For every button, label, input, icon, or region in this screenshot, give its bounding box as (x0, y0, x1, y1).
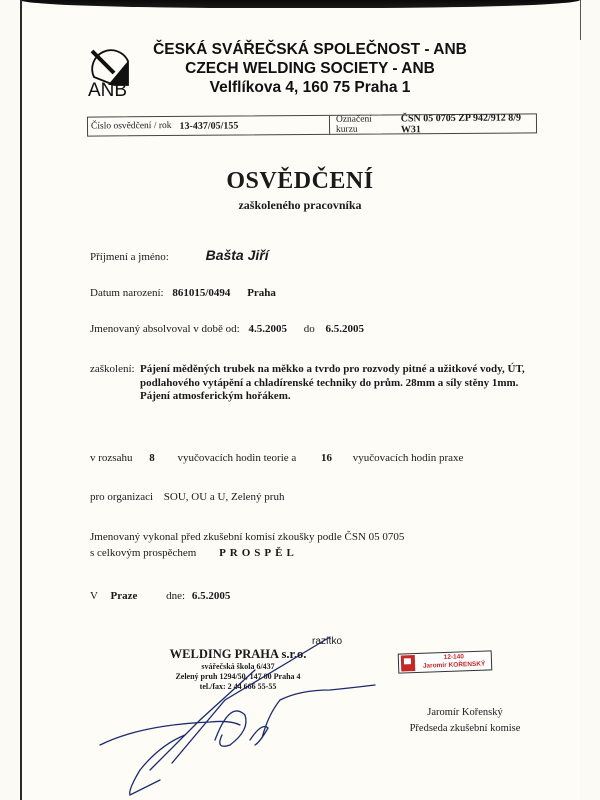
signatory-block: Jaromír Kořenský Předseda zkušební komis… (400, 705, 530, 737)
society-name-cz: ČESKÁ SVÁŘEČSKÁ SPOLEČNOST - ANB (140, 41, 480, 59)
stamp-phone: tel./fax: 2 44 666 55-55 (168, 682, 308, 692)
signatory-role: Předseda zkušební komise (400, 721, 530, 737)
result-label: s celkovým prospěchem (90, 547, 196, 559)
society-address: Velflíkova 4, 160 75 Praha 1 (140, 79, 480, 97)
certificate-number-box: Číslo osvědčení / rok 13-437/05/155 Ozna… (87, 113, 537, 136)
place-value: Praze (111, 590, 138, 602)
period-to-label: do (304, 323, 315, 335)
scope-label: v rozsahu (90, 452, 132, 464)
stamp-company: WELDING PRAHA s.r.o. (168, 647, 308, 662)
organization-label: pro organizaci (90, 491, 153, 503)
theory-hours: 8 (149, 452, 155, 464)
society-name-en: CZECH WELDING SOCIETY - ANB (140, 60, 480, 78)
certificate-number-cell: Číslo osvědčení / rok 13-437/05/155 (88, 116, 330, 136)
period-row: Jmenovaný absolvoval v době od: 4.5.2005… (90, 323, 364, 335)
scope-row: v rozsahu 8 vyučovacích hodin teorie a 1… (90, 452, 463, 464)
birth-row: Datum narození: 861015/0494 Praha (90, 287, 276, 299)
practice-hours: 16 (321, 452, 332, 464)
name-value: Bašta Jiří (206, 247, 269, 263)
organization-value: SOU, OU a U, Zelený pruh (164, 491, 285, 503)
result-value: PROSPĚL (219, 547, 298, 559)
training-label: zaškolení: (90, 363, 140, 404)
scan-edge-left (20, 0, 22, 800)
company-stamp: WELDING PRAHA s.r.o. svářečská škola 6/4… (168, 647, 308, 692)
stamp-address: Zelený pruh 1294/50, 147 00 Praha 4 (168, 672, 308, 682)
exam-text: Jmenovaný vykonal před zkušební komisí z… (90, 531, 404, 543)
certificate-number-label: Číslo osvědčení / rok (91, 121, 172, 132)
period-label: Jmenovaný absolvoval v době od: (90, 323, 240, 335)
place-prefix: V (90, 590, 98, 602)
document-subtitle: zaškoleného pracovníka (0, 198, 600, 213)
stamp-label: razítko (312, 636, 342, 647)
birth-label: Datum narození: (90, 287, 164, 299)
certificate-number-value: 13-437/05/155 (179, 120, 238, 131)
examiner-stamp-text: 12-140 Jaromír KOŘENSKÝ (417, 652, 492, 671)
training-value: Pájení měděných trubek na měkko a tvrdo … (140, 363, 540, 404)
exam-row: Jmenovaný vykonal před zkušební komisí z… (90, 531, 404, 543)
stamp-school: svářečská škola 6/437 (168, 662, 308, 672)
examiner-stamp: 12-140 Jaromír KOŘENSKÝ (398, 650, 493, 673)
course-code-value: ČSN 05 0705 ZP 942/912 8/9 W31 (401, 112, 536, 135)
date-label: dne: (166, 590, 185, 602)
logo-text: ANB (88, 80, 127, 102)
practice-label: vyučovacích hodin praxe (353, 452, 464, 464)
document-title: OSVĚDČENÍ (0, 168, 600, 195)
examiner-stamp-name: Jaromír KOŘENSKÝ (417, 660, 491, 671)
birth-place: Praha (247, 287, 276, 299)
scan-edge-right (580, 0, 581, 40)
scan-shadow-top (20, 0, 580, 8)
course-code-cell: Označení kurzu ČSN 05 0705 ZP 942/912 8/… (330, 114, 536, 133)
signatory-name: Jaromír Kořenský (400, 705, 530, 721)
period-to: 6.5.2005 (325, 323, 364, 335)
organization-row: pro organizaci SOU, OU a U, Zelený pruh (90, 491, 284, 503)
name-row: Příjmení a jméno: Bašta Jiří (90, 247, 269, 263)
period-from: 4.5.2005 (248, 323, 287, 335)
date-value: 6.5.2005 (192, 590, 231, 602)
name-label: Příjmení a jméno: (90, 251, 169, 263)
course-code-label: Označení kurzu (336, 114, 393, 134)
result-row: s celkovým prospěchem PROSPĚL (90, 547, 298, 559)
theory-label: vyučovacích hodin teorie a (177, 452, 296, 464)
place-date-row: V Praze dne: 6.5.2005 (90, 590, 230, 602)
examiner-stamp-logo-icon (401, 655, 416, 671)
training-row: zaškolení: Pájení měděných trubek na měk… (90, 363, 540, 404)
birth-value: 861015/0494 (172, 287, 230, 299)
